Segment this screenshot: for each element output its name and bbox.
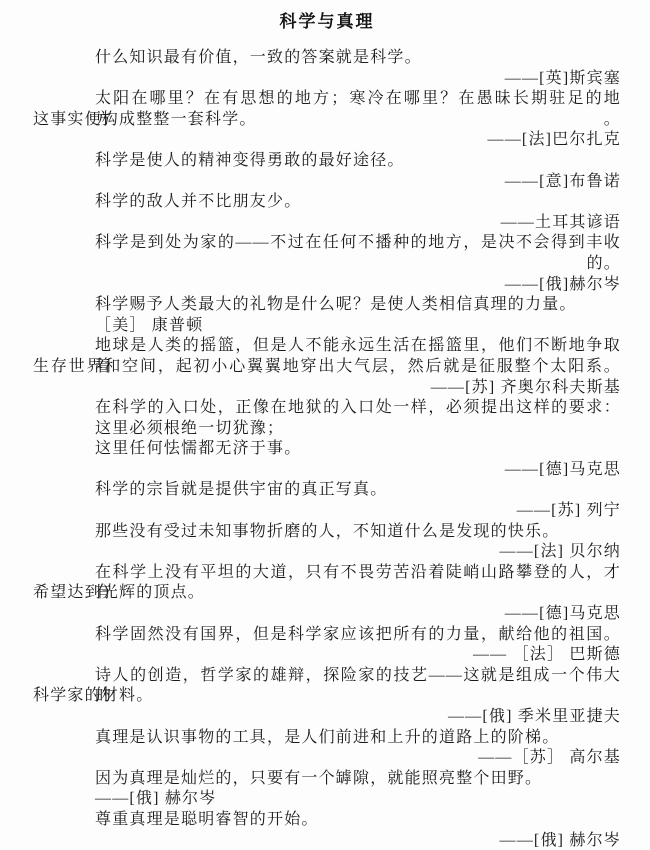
quote-line: 生存世界和空间，起初小心翼翼地穿出大气层，然后就是征服整个太阳系。 xyxy=(33,357,621,378)
quote-line: 科学是到处为家的——不过在任何不播种的地方，是决不会得到丰收 xyxy=(33,233,621,254)
attribution-line: ——[德]马克思 xyxy=(33,460,621,481)
attribution-line: ——[俄] 赫尔岑 xyxy=(33,831,621,850)
attribution-line: ——[意]布鲁诺 xyxy=(33,172,621,193)
quote-line: 在科学的入口处，正像在地狱的入口处一样，必须提出这样的要求： xyxy=(33,398,621,419)
quote-line: 尊重真理是聪明睿智的开始。 xyxy=(33,810,621,831)
document-title: 科学与真理 xyxy=(33,10,621,34)
quote-line: 地球是人类的摇篮，但是人不能永远生活在摇篮里，他们不断地争取着 xyxy=(33,336,621,357)
quote-line: 什么知识最有价值，一致的答案就是科学。 xyxy=(33,48,621,69)
attribution-line: ［美］ 康普顿 xyxy=(33,316,621,337)
quote-line: 科学固然没有国界，但是科学家应该把所有的力量，献给他的祖国。 xyxy=(33,625,621,646)
quote-line: 科学赐予人类最大的礼物是什么呢？是使人类相信真理的力量。 xyxy=(33,295,621,316)
document-page: 科学与真理 什么知识最有价值，一致的答案就是科学。——[英]斯宾塞太阳在哪里？在… xyxy=(0,0,650,850)
attribution-line: ——[俄] 季米里亚捷夫 xyxy=(33,707,621,728)
quote-line: 希望达到光辉的顶点。 xyxy=(33,583,621,604)
quote-line: 科学家的材料。 xyxy=(33,686,621,707)
quote-line: 因为真理是灿烂的，只要有一个罅隙，就能照亮整个田野。 xyxy=(33,769,621,790)
quote-line: 科学是使人的精神变得勇敢的最好途径。 xyxy=(33,151,621,172)
quote-line: 科学的宗旨就是提供宇宙的真正写真。 xyxy=(33,480,621,501)
quote-line: 那些没有受过未知事物折磨的人，不知道什么是发现的快乐。 xyxy=(33,522,621,543)
quote-line: 在科学上没有平坦的大道，只有不畏劳苦沿着陡峭山路攀登的人，才有 xyxy=(33,563,621,584)
quote-line: 这里必须根绝一切犹豫； xyxy=(33,419,621,440)
attribution-line: ——［苏］ 高尔基 xyxy=(33,748,621,769)
quote-line: 太阳在哪里？在有思想的地方；寒冷在哪里？在愚昧长期驻足的地方。 xyxy=(33,89,621,110)
quote-line: 诗人的创造，哲学家的雄辩，探险家的技艺——这就是组成一个伟大的 xyxy=(33,666,621,687)
attribution-line: ——[苏] 列宁 xyxy=(33,501,621,522)
attribution-line: ——土耳其谚语 xyxy=(33,213,621,234)
document-body: 什么知识最有价值，一致的答案就是科学。——[英]斯宾塞太阳在哪里？在有思想的地方… xyxy=(33,48,621,850)
attribution-line: —— ［法］ 巴斯德 xyxy=(33,645,621,666)
attribution-line: ——[苏] 齐奥尔科夫斯基 xyxy=(33,378,621,399)
attribution-line: ——[德]马克思 xyxy=(33,604,621,625)
attribution-line: ——[法] 贝尔纳 xyxy=(33,542,621,563)
quote-line: 的。 xyxy=(33,254,621,275)
attribution-line: ——[英]斯宾塞 xyxy=(33,69,621,90)
attribution-line: ——[俄] 赫尔岑 xyxy=(33,789,621,810)
quote-line: 这里任何怯懦都无济于事。 xyxy=(33,439,621,460)
quote-line: 真理是认识事物的工具，是人们前进和上升的道路上的阶梯。 xyxy=(33,728,621,749)
quote-line: 科学的敌人并不比朋友少。 xyxy=(33,192,621,213)
attribution-line: ——[法]巴尔扎克 xyxy=(33,130,621,151)
attribution-line: ——[俄]赫尔岑 xyxy=(33,275,621,296)
